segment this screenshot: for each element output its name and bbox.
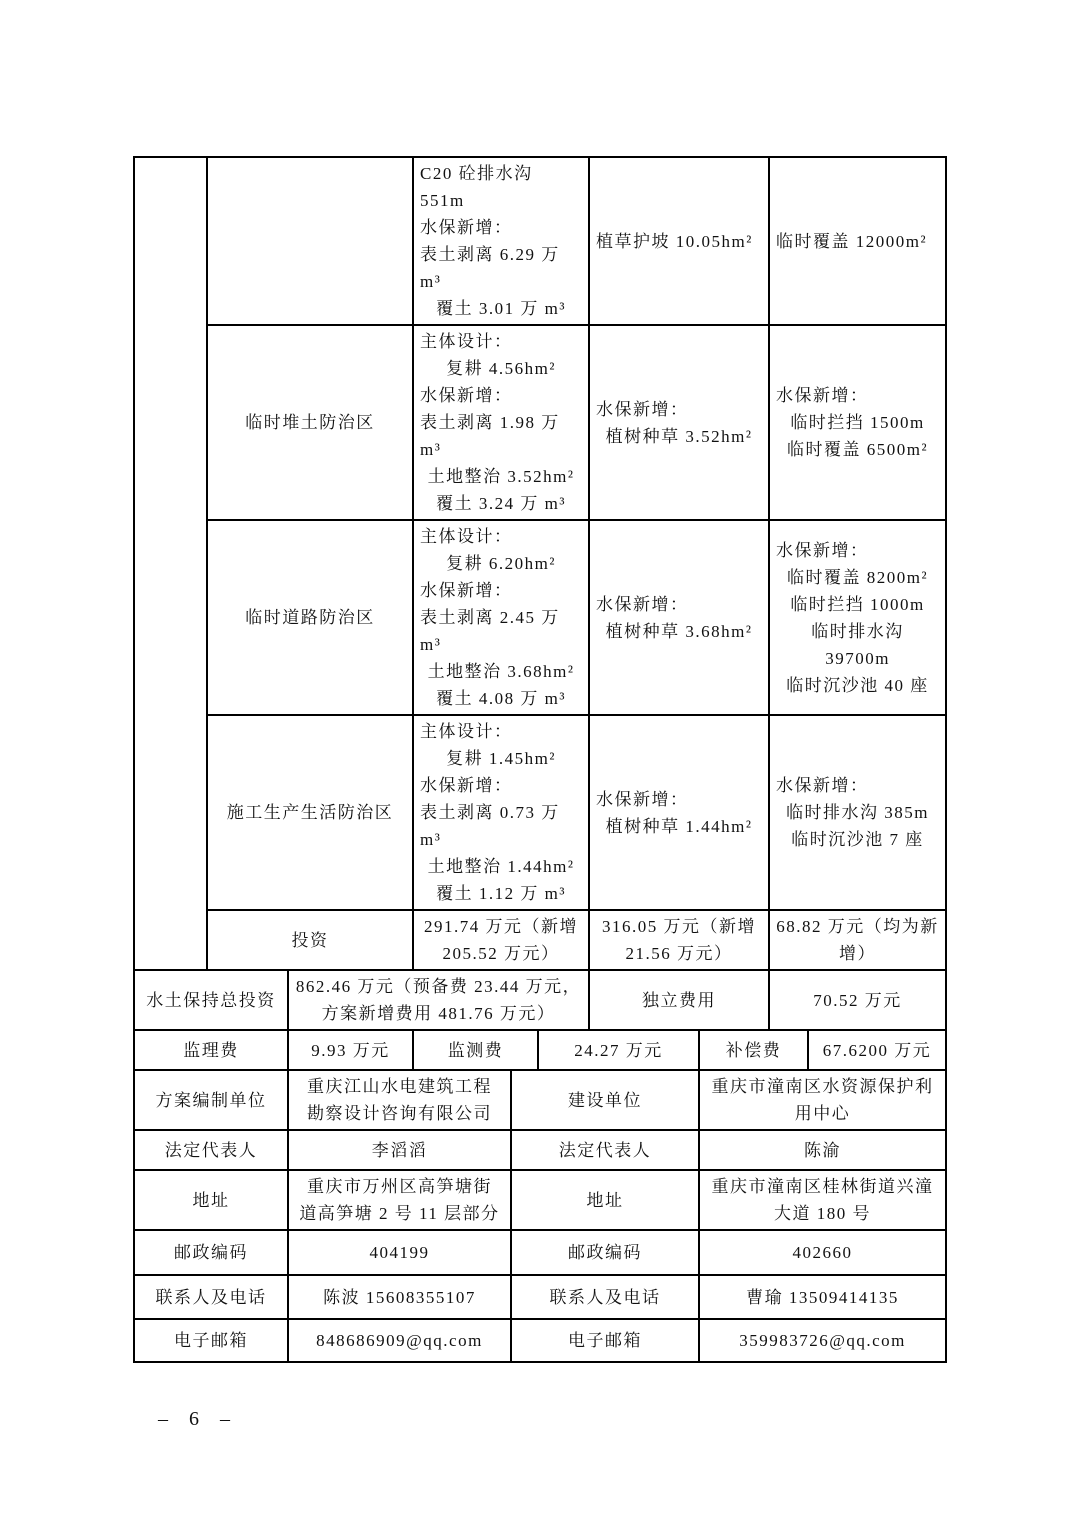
table-row: 水土保持总投资 862.46 万元（预备费 23.44 万元， 方案新增费用 4…: [134, 970, 946, 1030]
investment-engineering-cell: 291.74 万元（新增 205.52 万元）: [413, 910, 589, 970]
measure-line: 覆土 1.12 万 m³: [420, 880, 582, 907]
zone1-engineering-cell: C20 砼排水沟 551m 水保新增： 表土剥离 6.29 万 m³ 覆土 3.…: [413, 157, 589, 325]
builder-label-cell: 建设单位: [511, 1070, 699, 1130]
investment-plant-cell: 316.05 万元（新增 21.56 万元）: [589, 910, 769, 970]
measure-line: 覆土 3.01 万 m³: [420, 295, 582, 322]
measure-line: 水保新增：: [420, 772, 582, 799]
table-row: 施工生产生活防治区 主体设计： 复耕 1.45hm² 水保新增： 表土剥离 0.…: [134, 715, 946, 910]
zone2-temp-cell: 水保新增： 临时拦挡 1500m 临时覆盖 6500m²: [769, 325, 946, 520]
zone4-plant-cell: 水保新增： 植树种草 1.44hm²: [589, 715, 769, 910]
table-row: 联系人及电话 陈波 15608355107 联系人及电话 曹瑜 13509414…: [134, 1275, 946, 1319]
zone4-temp-cell: 水保新增： 临时排水沟 385m 临时沉沙池 7 座: [769, 715, 946, 910]
postcode-left-value-cell: 404199: [288, 1230, 511, 1275]
table-row: 电子邮箱 848686909@qq.com 电子邮箱 359983726@qq.…: [134, 1319, 946, 1362]
table-row: 地址 重庆市万州区高笋塘街 道高笋塘 2 号 11 层部分 地址 重庆市潼南区桂…: [134, 1170, 946, 1230]
investment-temp-cell: 68.82 万元（均为新 增）: [769, 910, 946, 970]
contact-right-value-cell: 曹瑜 13509414135: [699, 1275, 946, 1319]
measure-line: 临时拦挡 1000m: [776, 591, 939, 618]
measure-line: 临时覆盖 12000m²: [776, 228, 939, 255]
measure-line: 表土剥离 2.45 万 m³: [420, 604, 582, 658]
contact-right-label-cell: 联系人及电话: [511, 1275, 699, 1319]
empty-side-cell: [134, 157, 207, 970]
measure-line: 主体设计：: [420, 718, 582, 745]
measure-line: 表土剥离 6.29 万 m³: [420, 241, 582, 295]
legal-rep-right-value-cell: 陈渝: [699, 1130, 946, 1170]
empty-zone-label-cell: [207, 157, 413, 325]
zone2-plant-cell: 水保新增： 植树种草 3.52hm²: [589, 325, 769, 520]
measure-line: 水保新增：: [420, 214, 582, 241]
measure-line: 临时拦挡 1500m: [776, 409, 939, 436]
measure-line: 水保新增：: [420, 382, 582, 409]
total-investment-value-cell: 862.46 万元（预备费 23.44 万元， 方案新增费用 481.76 万元…: [288, 970, 589, 1030]
legal-rep-right-label-cell: 法定代表人: [511, 1130, 699, 1170]
builder-value-cell: 重庆市潼南区水资源保护利 用中心: [699, 1070, 946, 1130]
table-row: 临时道路防治区 主体设计： 复耕 6.20hm² 水保新增： 表土剥离 2.45…: [134, 520, 946, 715]
measure-line: 临时覆盖 8200m²: [776, 564, 939, 591]
project-summary-table: C20 砼排水沟 551m 水保新增： 表土剥离 6.29 万 m³ 覆土 3.…: [133, 156, 947, 1363]
measure-line: 土地整治 3.52hm²: [420, 463, 582, 490]
address-left-value-cell: 重庆市万州区高笋塘街 道高笋塘 2 号 11 层部分: [288, 1170, 511, 1230]
measure-line: 临时沉沙池 40 座: [776, 672, 939, 699]
legal-rep-left-value-cell: 李滔滔: [288, 1130, 511, 1170]
measure-line: 水保新增：: [776, 537, 939, 564]
email-left-label-cell: 电子邮箱: [134, 1319, 288, 1362]
measure-line: 植树种草 1.44hm²: [596, 813, 762, 840]
supervision-fee-label-cell: 监理费: [134, 1030, 288, 1070]
supervision-fee-value-cell: 9.93 万元: [288, 1030, 413, 1070]
page-number: – 6 –: [158, 1408, 238, 1431]
compensation-fee-value-cell: 67.6200 万元: [808, 1030, 946, 1070]
table-row: C20 砼排水沟 551m 水保新增： 表土剥离 6.29 万 m³ 覆土 3.…: [134, 157, 946, 325]
email-left-value-cell: 848686909@qq.com: [288, 1319, 511, 1362]
measure-line: 植树种草 3.52hm²: [596, 423, 762, 450]
independent-fee-label-cell: 独立费用: [589, 970, 769, 1030]
total-investment-label-cell: 水土保持总投资: [134, 970, 288, 1030]
measure-line: 土地整治 1.44hm²: [420, 853, 582, 880]
document-page: C20 砼排水沟 551m 水保新增： 表土剥离 6.29 万 m³ 覆土 3.…: [0, 0, 1074, 1520]
address-right-label-cell: 地址: [511, 1170, 699, 1230]
postcode-right-label-cell: 邮政编码: [511, 1230, 699, 1275]
measure-line: 临时覆盖 6500m²: [776, 436, 939, 463]
measure-line: 水保新增：: [596, 396, 762, 423]
measure-line: 覆土 4.08 万 m³: [420, 685, 582, 712]
postcode-right-value-cell: 402660: [699, 1230, 946, 1275]
measure-line: 水保新增：: [776, 382, 939, 409]
zone3-engineering-cell: 主体设计： 复耕 6.20hm² 水保新增： 表土剥离 2.45 万 m³ 土地…: [413, 520, 589, 715]
zone2-engineering-cell: 主体设计： 复耕 4.56hm² 水保新增： 表土剥离 1.98 万 m³ 土地…: [413, 325, 589, 520]
measure-line: 植树种草 3.68hm²: [596, 618, 762, 645]
measure-line: 表土剥离 0.73 万 m³: [420, 799, 582, 853]
independent-fee-value-cell: 70.52 万元: [769, 970, 946, 1030]
measure-line: 临时排水沟 385m: [776, 799, 939, 826]
compensation-fee-label-cell: 补偿费: [699, 1030, 808, 1070]
investment-label-cell: 投资: [207, 910, 413, 970]
measure-line: 覆土 3.24 万 m³: [420, 490, 582, 517]
address-right-value-cell: 重庆市潼南区桂林街道兴潼 大道 180 号: [699, 1170, 946, 1230]
legal-rep-left-label-cell: 法定代表人: [134, 1130, 288, 1170]
table-row: 临时堆土防治区 主体设计： 复耕 4.56hm² 水保新增： 表土剥离 1.98…: [134, 325, 946, 520]
contact-left-label-cell: 联系人及电话: [134, 1275, 288, 1319]
monitoring-fee-label-cell: 监测费: [413, 1030, 538, 1070]
email-right-label-cell: 电子邮箱: [511, 1319, 699, 1362]
table-row: 方案编制单位 重庆江山水电建筑工程 勘察设计咨询有限公司 建设单位 重庆市潼南区…: [134, 1070, 946, 1130]
measure-line: 复耕 6.20hm²: [420, 550, 582, 577]
zone3-temp-cell: 水保新增： 临时覆盖 8200m² 临时拦挡 1000m 临时排水沟 39700…: [769, 520, 946, 715]
measure-line: 植草护坡 10.05hm²: [596, 228, 762, 255]
monitoring-fee-value-cell: 24.27 万元: [538, 1030, 699, 1070]
email-right-value-cell: 359983726@qq.com: [699, 1319, 946, 1362]
designer-value-cell: 重庆江山水电建筑工程 勘察设计咨询有限公司: [288, 1070, 511, 1130]
zone3-label-cell: 临时道路防治区: [207, 520, 413, 715]
measure-line: 主体设计：: [420, 523, 582, 550]
designer-label-cell: 方案编制单位: [134, 1070, 288, 1130]
measure-line: 复耕 1.45hm²: [420, 745, 582, 772]
measure-line: 水保新增：: [776, 772, 939, 799]
table-row: 法定代表人 李滔滔 法定代表人 陈渝: [134, 1130, 946, 1170]
table-row: 投资 291.74 万元（新增 205.52 万元） 316.05 万元（新增 …: [134, 910, 946, 970]
address-left-label-cell: 地址: [134, 1170, 288, 1230]
zone4-label-cell: 施工生产生活防治区: [207, 715, 413, 910]
zone1-temp-cell: 临时覆盖 12000m²: [769, 157, 946, 325]
measure-line: 水保新增：: [420, 577, 582, 604]
table-row: 监理费 9.93 万元 监测费 24.27 万元 补偿费 67.6200 万元: [134, 1030, 946, 1070]
measure-line: 临时排水沟: [776, 618, 939, 645]
measure-line: 水保新增：: [596, 591, 762, 618]
zone1-plant-cell: 植草护坡 10.05hm²: [589, 157, 769, 325]
measure-line: 表土剥离 1.98 万 m³: [420, 409, 582, 463]
zone2-label-cell: 临时堆土防治区: [207, 325, 413, 520]
zone4-engineering-cell: 主体设计： 复耕 1.45hm² 水保新增： 表土剥离 0.73 万 m³ 土地…: [413, 715, 589, 910]
measure-line: 土地整治 3.68hm²: [420, 658, 582, 685]
measure-line: 水保新增：: [596, 786, 762, 813]
table-row: 邮政编码 404199 邮政编码 402660: [134, 1230, 946, 1275]
zone3-plant-cell: 水保新增： 植树种草 3.68hm²: [589, 520, 769, 715]
measure-line: 临时沉沙池 7 座: [776, 826, 939, 853]
measure-line: 39700m: [776, 645, 939, 672]
measure-line: 复耕 4.56hm²: [420, 355, 582, 382]
measure-line: 主体设计：: [420, 328, 582, 355]
contact-left-value-cell: 陈波 15608355107: [288, 1275, 511, 1319]
postcode-left-label-cell: 邮政编码: [134, 1230, 288, 1275]
measure-line: C20 砼排水沟 551m: [420, 160, 582, 214]
